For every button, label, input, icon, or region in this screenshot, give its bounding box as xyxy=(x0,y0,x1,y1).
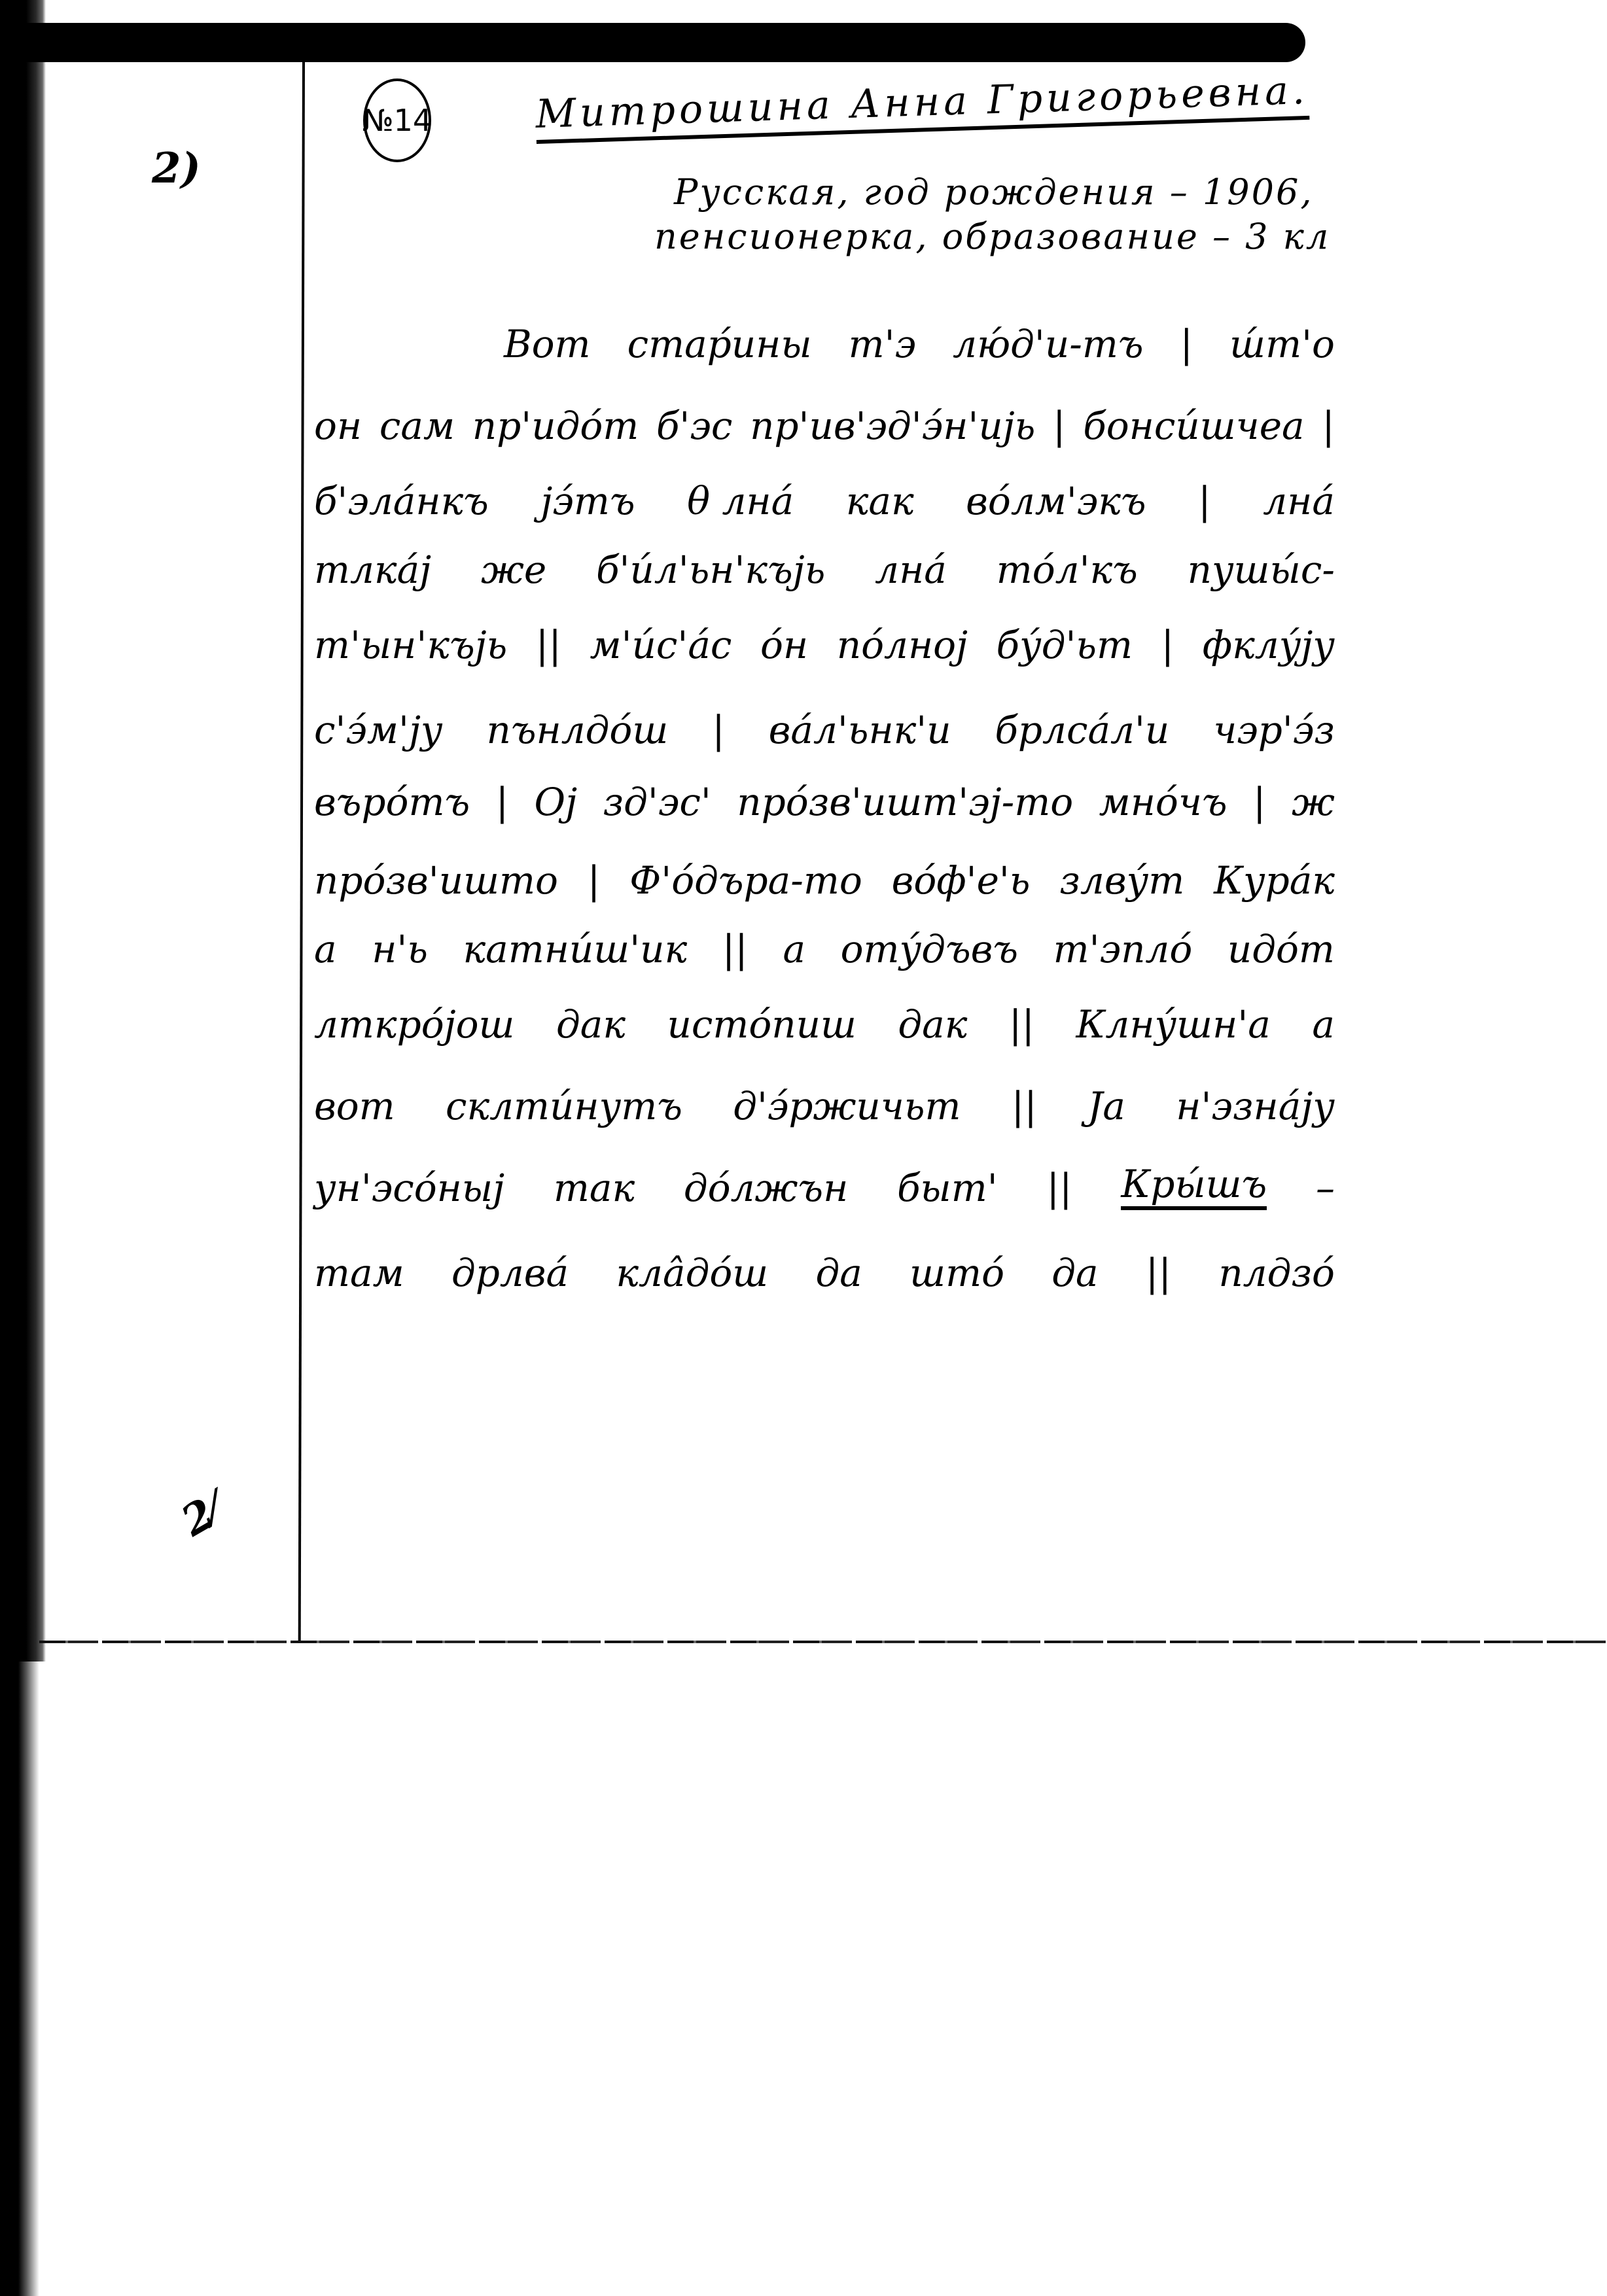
transcribed-word: т'эпло́ xyxy=(1053,927,1193,971)
transcribed-word: да xyxy=(1051,1251,1098,1295)
transcribed-word: б'и́л'ьн'къјь xyxy=(596,548,825,592)
transcription-line: б'эла́нкъјэ́тъθ лна́какво́лм'экъ|лна́ xyxy=(314,464,1335,523)
transcribed-word: лткро́још xyxy=(314,1002,514,1047)
transcribed-word: там xyxy=(314,1251,404,1295)
margin-note-bottom: 2⁄ xyxy=(173,1486,229,1546)
pause-marker: || xyxy=(1146,1251,1171,1295)
informant-info-line-2: пенсионерка, образование – 3 кл xyxy=(654,216,1330,257)
transcribed-word: Клну́шн'а xyxy=(1076,1002,1271,1047)
transcription-line: тамдрлва́кла̂до́шдашто́да||плдзо́ xyxy=(314,1236,1335,1295)
transcribed-word: то́л'къ xyxy=(997,548,1138,592)
scan-shadow-left xyxy=(0,0,46,1661)
pause-marker: || xyxy=(1012,1084,1037,1128)
transcribed-word: б'эла́нкъ xyxy=(314,479,489,523)
transcribed-word: лю́д'и-тъ xyxy=(953,322,1143,366)
transcribed-word: а xyxy=(1312,1002,1335,1047)
transcribed-word: сам xyxy=(380,404,455,448)
transcribed-word: вот xyxy=(314,1084,395,1128)
margin-rule xyxy=(298,62,305,1641)
transcription-line: тлка́јжеб'и́л'ьн'къјьлна́то́л'къпушы́с- xyxy=(314,533,1335,592)
transcribed-word: мно́чъ xyxy=(1099,780,1227,824)
pause-marker: | xyxy=(1161,623,1174,667)
transcribed-word: исто́пиш xyxy=(667,1002,856,1047)
transcribed-word: θ лна́ xyxy=(687,479,794,523)
transcribed-word: склти́нутъ xyxy=(446,1084,682,1128)
transcribed-word: лна́ xyxy=(1263,479,1335,523)
transcribed-word: Кура́к xyxy=(1214,858,1335,903)
pause-marker: | xyxy=(712,708,725,752)
transcribed-word: пр'ив'эд'э́н'ијь xyxy=(750,404,1035,448)
transcribed-word: пр'идо́т xyxy=(472,404,639,448)
transcribed-word: быт' xyxy=(897,1166,998,1210)
transcribed-word: про́зв'ишто xyxy=(314,858,558,903)
transcribed-word: плдзо́ xyxy=(1218,1251,1335,1295)
transcribed-word: ж xyxy=(1292,780,1335,824)
transcribed-word: Ф'о́дъра-то xyxy=(629,858,862,903)
transcribed-word: пънлдо́ш xyxy=(487,708,669,752)
transcribed-word: катни́ш'ик xyxy=(463,927,688,971)
transcribed-word: Кры́шъ xyxy=(1121,1162,1267,1210)
pause-marker: | xyxy=(1253,780,1266,824)
pause-marker: || xyxy=(1009,1002,1034,1047)
transcribed-word: злву́т xyxy=(1059,858,1184,903)
transcribed-word: лна́ xyxy=(875,548,947,592)
transcribed-word: во́лм'экъ xyxy=(966,479,1146,523)
transcribed-word: бонси́шчеа xyxy=(1083,404,1304,448)
transcription-line: т'ын'къјь||м'и́с'а́со́нпо́лнојбу́д'ьт|фк… xyxy=(314,608,1335,667)
page-bottom-edge xyxy=(39,1641,1607,1643)
transcribed-word: идо́т xyxy=(1227,927,1335,971)
transcribed-word: зд'эс' xyxy=(603,780,711,824)
transcribed-word: јэ́тъ xyxy=(540,479,635,523)
scan-top-edge-bar xyxy=(0,23,1305,62)
transcribed-word: м'и́с'а́с xyxy=(590,623,732,667)
transcribed-word: а xyxy=(783,927,805,971)
transcribed-word: Вот xyxy=(504,322,591,366)
transcribed-word: во́ф'е'ь xyxy=(892,858,1031,903)
transcribed-word: же xyxy=(481,548,546,592)
transcribed-word: б'эс xyxy=(656,404,732,448)
record-number-badge: №14 xyxy=(363,78,431,162)
transcribed-word: пушы́с- xyxy=(1188,548,1335,592)
pause-marker: | xyxy=(1198,479,1211,523)
transcription-line: с'э́м'јупънлдо́ш|ва́л'ьнк'ибрлса́л'ичэр'… xyxy=(314,693,1335,752)
transcription-line: про́зв'ишто|Ф'о́дъра-тово́ф'е'ьзлву́тКур… xyxy=(314,844,1335,903)
transcribed-word: н'ь xyxy=(372,927,428,971)
record-number: №14 xyxy=(362,103,432,138)
transcribed-word: кла̂до́ш xyxy=(616,1251,768,1295)
transcribed-word: чэр'э́з xyxy=(1213,708,1335,752)
transcription-line: Вотстар́иныт'элю́д'и-тъ|ш́т'о xyxy=(504,307,1335,366)
transcribed-word: тлка́ј xyxy=(314,548,431,592)
transcription-line: въро́тъ|Ојзд'эс'про́зв'ишт'эј-томно́чъ|ж xyxy=(314,765,1335,824)
transcribed-word: брлса́л'и xyxy=(995,708,1170,752)
transcribed-word: а xyxy=(314,927,337,971)
transcription-line: лткро́јошдакисто́пишдак||Клну́шн'аа xyxy=(314,988,1335,1047)
transcribed-word: стар́ины xyxy=(627,322,812,366)
pause-marker: || xyxy=(536,623,561,667)
informant-name: Митрошина Анна Григорьевна. xyxy=(535,67,1309,144)
pause-marker: || xyxy=(1046,1166,1072,1210)
pause-marker: | xyxy=(1322,404,1335,448)
transcribed-word: он xyxy=(314,404,362,448)
scan-shadow-left-lower xyxy=(0,1661,39,2296)
transcribed-word: дак xyxy=(556,1002,626,1047)
transcribed-word: про́зв'ишт'эј-то xyxy=(737,780,1073,824)
transcribed-word: дрлва́ xyxy=(451,1251,569,1295)
transcribed-word: до́лжън xyxy=(684,1166,848,1210)
transcribed-word: бу́д'ьт xyxy=(997,623,1133,667)
transcribed-word: ва́л'ьнк'и xyxy=(769,708,951,752)
informant-info-line-1: Русская, год рождения – 1906, xyxy=(674,171,1314,213)
transcribed-word: д'э́ржичьт xyxy=(733,1084,961,1128)
transcribed-word: фклу́ју xyxy=(1203,623,1335,667)
transcribed-word: – xyxy=(1316,1166,1335,1210)
transcription-line: ан'ькатни́ш'ик||аоту́дъвът'эпло́идо́т xyxy=(314,913,1335,971)
transcribed-word: о́н xyxy=(760,623,808,667)
pause-marker: | xyxy=(588,858,601,903)
transcription-line: онсампр'идо́тб'эспр'ив'эд'э́н'ијь|бонси́… xyxy=(314,389,1335,448)
transcribed-word: дак xyxy=(898,1002,967,1047)
transcribed-word: што́ xyxy=(909,1251,1004,1295)
transcribed-word: как xyxy=(846,479,914,523)
transcribed-word: Ја xyxy=(1087,1084,1125,1128)
margin-note-top: 2) xyxy=(152,144,201,193)
transcribed-word: ш́т'о xyxy=(1229,322,1335,366)
transcribed-word: да xyxy=(815,1251,862,1295)
transcribed-word: так xyxy=(554,1166,635,1210)
transcribed-word: въро́тъ xyxy=(314,780,470,824)
transcribed-word: н'эзна́ју xyxy=(1176,1084,1335,1128)
transcribed-word: по́лној xyxy=(837,623,968,667)
transcribed-word: т'э xyxy=(849,322,916,366)
pause-marker: || xyxy=(722,927,748,971)
transcribed-word: т'ын'къјь xyxy=(314,623,507,667)
transcription-line: ун'эсо́ныјтакдо́лжънбыт'||Кры́шъ– xyxy=(314,1151,1335,1210)
pause-marker: | xyxy=(1053,404,1066,448)
pause-marker: | xyxy=(496,780,509,824)
transcribed-word: с'э́м'ју xyxy=(314,708,443,752)
transcription-line: вотсклти́нутъд'э́ржичьт||Јан'эзна́ју xyxy=(314,1070,1335,1128)
transcribed-word: ун'эсо́ныј xyxy=(314,1166,504,1210)
transcribed-word: оту́дъвъ xyxy=(841,927,1018,971)
pause-marker: | xyxy=(1180,322,1193,366)
transcribed-word: Ој xyxy=(535,780,578,824)
